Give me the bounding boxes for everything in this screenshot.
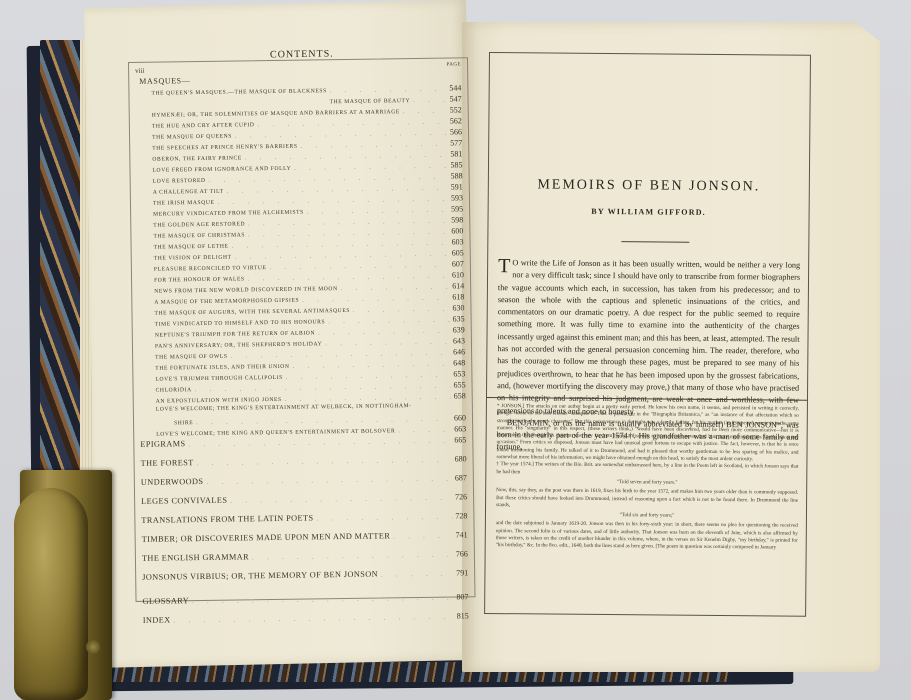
page-column-label: PAGE — [446, 62, 461, 67]
toc-entry-page: 598 — [451, 215, 463, 224]
toc-entry-page: 807 — [456, 592, 468, 601]
leader-dots — [197, 458, 452, 468]
leader-dots — [403, 109, 447, 116]
toc-entry-title: SHIRE — [134, 420, 193, 427]
leader-dots — [294, 164, 447, 172]
folio-number: viii — [135, 67, 144, 75]
toc-entry-page: 577 — [450, 138, 462, 147]
toc-entry-title: LEGES CONVIVALES — [135, 496, 227, 506]
toc-entry-page: 566 — [450, 127, 462, 136]
leader-dots — [316, 515, 452, 523]
toc-entry-title: TRANSLATIONS FROM THE LATIN POETS — [135, 513, 313, 524]
toc-entry-page: 591 — [451, 182, 463, 191]
toc-entry-title: NEPTUNE'S TRIUMPH FOR THE RETURN OF ALBI… — [133, 330, 315, 339]
toc-entry-title: FOR THE HONOUR OF WALES — [132, 276, 245, 284]
clip-hinge — [86, 640, 100, 654]
leader-dots — [328, 318, 450, 326]
toc-entry-page: 791 — [456, 568, 468, 577]
title-rule — [621, 241, 689, 243]
toc-entry-page: 614 — [452, 281, 464, 290]
toc-entry-page: 544 — [449, 83, 461, 92]
leader-dots — [302, 296, 449, 304]
toc-entry-title: CHLORIDIA — [134, 387, 192, 394]
toc-entry-title: THE GOLDEN AGE RESTORED — [131, 221, 245, 229]
leader-dots — [192, 596, 454, 606]
paragraph-1: TO write the Life of Jonson as it has be… — [497, 257, 800, 419]
toc-entry-page: 653 — [453, 369, 465, 378]
toc-entry-title: PAN'S ANNIVERSARY; OR, THE SHEPHERD'S HO… — [133, 341, 322, 350]
toc-entry-title: LOVE'S TRIUMPH THROUGH CALLIPOLIS — [133, 375, 282, 383]
toc-entry-title: GLOSSARY — [136, 596, 189, 606]
toc-entry-page: 593 — [451, 193, 463, 202]
toc-entry-title: THE FOREST — [135, 458, 194, 468]
toc-entry-title: EPIGRAMS — [134, 439, 185, 449]
toc-entry-page: 728 — [455, 511, 467, 520]
toc-entry-title: THE IRISH MASQUE — [131, 200, 215, 207]
memoir-title: MEMOIRS OF BEN JONSON. — [489, 177, 809, 196]
memoir-page: MEMOIRS OF BEN JONSON. BY WILLIAM GIFFOR… — [484, 52, 811, 617]
toc-entry-title: UNDERWOODS — [135, 477, 204, 487]
leader-dots — [393, 534, 452, 541]
leader-dots — [252, 553, 453, 562]
toc-entry-page: 648 — [453, 358, 465, 367]
toc-entry-title: THE MASQUE OF CHRISTMAS — [131, 232, 245, 240]
toc-entry-page: 658 — [454, 391, 466, 400]
toc-list: MASQUES—THE QUEEN'S MASQUES.—THE MASQUE … — [129, 72, 475, 635]
toc-entry-page: 741 — [456, 530, 468, 539]
leader-dots — [318, 329, 450, 337]
toc-entry-page: 600 — [451, 226, 463, 235]
toc-entry-title: TIME VINDICATED TO HIMSELF AND TO HIS HO… — [133, 319, 326, 328]
toc-entry-title: A MASQUE OF THE METAMORPHOSED GIPSIES — [132, 298, 299, 306]
leader-dots — [269, 263, 448, 272]
toc-entry-page: 588 — [451, 171, 463, 180]
toc-entry-title: MASQUES— — [129, 76, 190, 86]
toc-entry-page: 630 — [452, 303, 464, 312]
footnotes: * JONSON.] The attacks on our author beg… — [496, 403, 799, 552]
leader-dots — [381, 572, 453, 579]
leader-dots — [341, 285, 450, 293]
leader-dots — [398, 428, 451, 435]
toc-entry-page: 680 — [455, 454, 467, 463]
table-of-contents: viii PAGE MASQUES—THE QUEEN'S MASQUES.—T… — [128, 57, 476, 602]
toc-entry-page: 643 — [453, 336, 465, 345]
leader-dots — [353, 307, 450, 314]
toc-entry-title: THE VISION OF DELIGHT — [132, 255, 232, 262]
drop-cap: T — [498, 257, 510, 275]
toc-entry-title: AN EXPOSTULATION WITH INIGO JONES — [134, 397, 282, 405]
toc-entry-title: A CHALLENGE AT TILT — [131, 189, 224, 196]
toc-entry-page: 639 — [453, 325, 465, 334]
leader-dots — [188, 439, 451, 449]
toc-entry-page: 665 — [454, 435, 466, 444]
toc-entry-title: LOVE FREED FROM IGNORANCE AND FOLLY — [130, 166, 291, 174]
leader-dots — [307, 208, 448, 216]
leader-dots — [230, 496, 452, 505]
toc-entry-title: LOVE RESTORED — [131, 178, 206, 185]
toc-entry-page: 635 — [453, 314, 465, 323]
footnote-1: * JONSON.] The attacks on our author beg… — [496, 403, 798, 464]
footnote-2b: Now, this, say they, as the poet was the… — [496, 487, 798, 512]
book-photo: CONTENTS. viii PAGE MASQUES—THE QUEEN'S … — [0, 0, 911, 700]
toc-entry-title: THE SPEECHES AT PRINCE HENRY'S BARRIERS — [130, 144, 297, 152]
toc-entry-page: 660 — [454, 413, 466, 422]
footnote-2: † The year 1574.] The writers of the Bio… — [496, 461, 798, 478]
toc-entry-page: 562 — [450, 116, 462, 125]
leader-dots — [286, 373, 451, 381]
toc-entry-title: MERCURY VINDICATED FROM THE ALCHEMISTS — [131, 210, 304, 218]
leader-dots — [174, 615, 454, 625]
toc-entry-page: 595 — [451, 204, 463, 213]
leader-dots — [330, 87, 447, 95]
leader-dots — [285, 395, 451, 403]
toc-entry-title: THE HUE AND CRY AFTER CUPID — [130, 122, 255, 130]
toc-entry-page: 610 — [452, 270, 464, 279]
toc-entry-title: PLEASURE RECONCILED TO VIRTUE — [132, 265, 267, 273]
toc-entry-page: 581 — [450, 149, 462, 158]
toc-entry-page: 646 — [453, 347, 465, 356]
toc-entry-page: 585 — [450, 160, 462, 169]
toc-entry-page: 547 — [449, 94, 461, 103]
toc-entry-title: OBERON, THE FAIRY PRINCE — [130, 155, 242, 163]
leader-dots — [301, 142, 448, 150]
toc-entry-page: 766 — [456, 549, 468, 558]
memoir-byline: BY WILLIAM GIFFORD. — [489, 206, 809, 218]
toc-entry-page: 663 — [454, 424, 466, 433]
toc-entry-title: THE MASQUE OF OWLS — [133, 354, 228, 361]
leader-dots — [206, 477, 452, 486]
toc-entry-page: 815 — [457, 611, 469, 620]
brass-hand-icon — [14, 488, 88, 700]
leader-dots — [257, 120, 447, 129]
toc-entry-page: 603 — [451, 237, 463, 246]
toc-entry-page: 618 — [452, 292, 464, 301]
toc-entry-page: 687 — [455, 473, 467, 482]
toc-entry-title: THE MASQUE OF LETHE — [132, 244, 229, 251]
toc-entry-title: THE FORTUNATE ISLES, AND THEIR UNION — [133, 364, 289, 372]
toc-entry-title: INDEX — [137, 615, 171, 624]
leader-dots — [293, 362, 451, 370]
toc-entry-page: 607 — [452, 259, 464, 268]
footnote-2c: and the date subjoined is January 1619-2… — [496, 521, 798, 553]
toc-entry-page: 726 — [455, 492, 467, 501]
toc-entry-page: 605 — [452, 248, 464, 257]
leader-dots — [413, 98, 447, 104]
toc-entry-page: 655 — [453, 380, 465, 389]
toc-entry: JONSONUS VIRBIUS; OR, THE MEMORY OF BEN … — [136, 568, 474, 592]
toc-entry-title: THE MASQUE OF QUEENS — [130, 134, 232, 141]
leader-dots — [325, 340, 450, 348]
toc-entry-title: THE ENGLISH GRAMMAR — [136, 552, 249, 563]
toc-entry-page: 552 — [450, 105, 462, 114]
